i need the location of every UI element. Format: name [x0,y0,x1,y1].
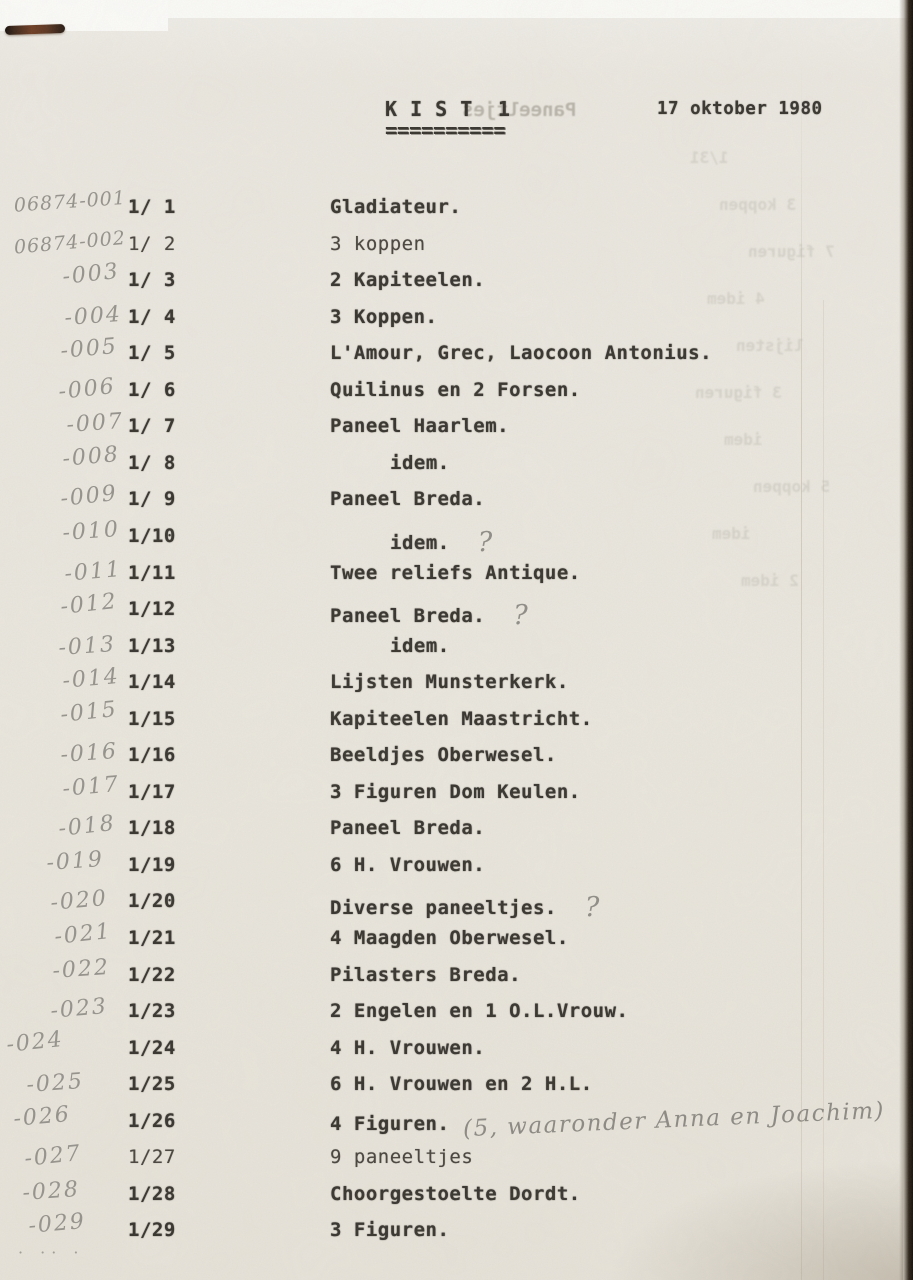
handwritten-question-mark: ? [478,527,492,558]
handwritten-inventory-number: -017 [1,772,121,807]
item-number: 1/22 [128,964,176,986]
list-item: -006 1/ 6 Quilinus en 2 Forsen. [0,379,913,411]
item-number: 1/13 [128,635,176,657]
handwritten-inventory-number: 06874-002 [7,227,126,259]
list-item: -023 1/23 2 Engelen en 1 O.L.Vrouw. [0,1000,913,1032]
item-number: 1/11 [128,562,176,584]
item-number: 1/ 4 [128,306,176,328]
staple [5,24,65,35]
item-description: Gladiateur. [330,196,461,218]
handwritten-inventory-number: -013 [0,632,117,665]
item-description-text: Paneel Breda. [330,488,485,510]
title-underline: ========== [385,118,505,142]
item-description-text: Paneel Breda. [330,605,485,627]
item-number: 1/18 [128,817,176,839]
item-description-text: 4 Maagden Oberwesel. [330,927,569,949]
item-description-text: idem. [390,452,450,474]
list-item: -014 1/14 Lijsten Munsterkerk. [0,671,913,703]
item-number: 1/ 5 [128,342,176,364]
list-item: -017 1/17 3 Figuren Dom Keulen. [0,781,913,813]
item-description-text: L'Amour, Grec, Laocoon Antonius. [330,342,712,364]
pencil-marks: · ·· · [18,1243,85,1262]
item-description: 4 Maagden Oberwesel. [330,927,569,949]
item-description: Quilinus en 2 Forsen. [330,379,581,401]
item-number: 1/ 8 [128,452,176,474]
list-item: 06874-002 1/ 2 3 koppen [0,233,913,265]
item-description-text: 6 H. Vrouwen en 2 H.L. [330,1073,593,1095]
scanned-document-page: Paneeltjes 1/313 koppen7 figuren4 idemli… [0,0,913,1280]
handwritten-inventory-number: -027 [0,1141,83,1178]
list-item: -005 1/ 5 L'Amour, Grec, Laocoon Antoniu… [0,342,913,374]
item-description-text: Pilasters Breda. [330,964,521,986]
handwritten-inventory-number: -029 [0,1209,87,1244]
item-number: 1/ 1 [128,196,176,218]
item-description-text: 3 koppen [330,233,426,255]
item-number: 1/27 [128,1146,176,1168]
item-description-text: Beeldjes Oberwesel. [330,744,557,766]
list-item: -008 1/ 8 idem. [0,452,913,484]
item-description-text: 2 Engelen en 1 O.L.Vrouw. [330,1000,628,1022]
item-description: Pilasters Breda. [330,964,521,986]
item-number: 1/14 [128,671,176,693]
item-number: 1/15 [128,708,176,730]
item-number: 1/10 [128,525,176,547]
crease-line [823,300,824,1280]
item-number: 1/29 [128,1219,176,1241]
item-description: 3 Figuren. [330,1219,449,1241]
item-description-text: Twee reliefs Antique. [330,562,581,584]
item-description: 6 H. Vrouwen en 2 H.L. [330,1073,593,1095]
item-number: 1/ 7 [128,415,176,437]
item-description-text: 3 Figuren Dom Keulen. [330,781,581,803]
list-item: -010 1/10 idem.? [0,525,913,557]
item-description: 2 Engelen en 1 O.L.Vrouw. [330,1000,628,1022]
item-description: Paneel Haarlem. [330,415,509,437]
handwritten-inventory-number: -019 [0,847,105,880]
handwritten-question-mark: ? [513,600,527,631]
list-item: -026 1/26 4 Figuren.(5, waaronder Anna e… [0,1110,913,1142]
item-description: 9 paneeltjes [330,1146,473,1168]
item-description: Lijsten Munsterkerk. [330,671,569,693]
handwritten-inventory-number: -014 [1,664,121,699]
item-number: 1/ 9 [128,488,176,510]
item-number: 1/23 [128,1000,176,1022]
item-description: idem.? [390,525,492,556]
handwritten-inventory-number: -023 [0,994,109,1029]
item-description-text: 4 Figuren. [330,1113,449,1135]
scan-edge [899,0,913,1280]
list-item: -015 1/15 Kapiteelen Maastricht. [0,708,913,740]
item-description: Twee reliefs Antique. [330,562,581,584]
item-description-text: idem. [390,635,450,657]
item-number: 1/ 3 [128,269,176,291]
handwritten-inventory-number: -025 [0,1069,85,1102]
list-item: -003 1/ 3 2 Kapiteelen. [0,269,913,301]
handwritten-inventory-number: -011 [3,557,123,592]
item-description-text: 9 paneeltjes [330,1146,473,1168]
list-item: -011 1/11 Twee reliefs Antique. [0,562,913,594]
item-number: 1/20 [128,890,176,912]
list-item: -022 1/22 Pilasters Breda. [0,964,913,996]
item-description: 2 Kapiteelen. [330,269,485,291]
item-description: Paneel Breda. [330,817,485,839]
item-number: 1/19 [128,854,176,876]
bleed-through-mark: 1/31 [690,148,729,167]
item-description: Kapiteelen Maastricht. [330,708,593,730]
item-description: 3 Figuren Dom Keulen. [330,781,581,803]
item-number: 1/12 [128,598,176,620]
handwritten-inventory-number: -010 [1,517,120,550]
handwritten-question-mark: ? [585,892,599,923]
handwritten-inventory-number: -012 [0,589,119,626]
handwritten-inventory-number: -007 [5,409,124,442]
handwritten-inventory-number: 06874-001 [7,187,126,217]
document-date: 17 oktober 1980 [657,99,823,119]
scan-shadow [583,1150,903,1280]
item-description: 6 H. Vrouwen. [330,854,485,876]
item-number: 1/ 6 [128,379,176,401]
item-description: idem. [390,452,450,474]
handwritten-inventory-number: -028 [0,1177,81,1210]
item-description-text: Diverse paneeltjes. [330,897,557,919]
item-description: 3 koppen [330,233,426,255]
handwritten-inventory-number: -006 [0,374,117,411]
item-description-text: idem. [390,532,450,554]
handwritten-inventory-number: -016 [0,739,119,772]
item-description: Beeldjes Oberwesel. [330,744,557,766]
item-description-text: 6 H. Vrouwen. [330,854,485,876]
handwritten-inventory-number: -021 [0,919,113,956]
list-item: -019 1/19 6 H. Vrouwen. [0,854,913,886]
list-item: -025 1/25 6 H. Vrouwen en 2 H.L. [0,1073,913,1105]
item-description-text: Paneel Haarlem. [330,415,509,437]
item-description-text: Choorgestoelte Dordt. [330,1183,581,1205]
handwritten-inventory-number: -009 [0,481,119,518]
item-number: 1/28 [128,1183,176,1205]
item-description: idem. [390,635,450,657]
handwritten-inventory-number: -008 [1,442,121,477]
item-number: 1/17 [128,781,176,803]
list-item: -018 1/18 Paneel Breda. [0,817,913,849]
list-item: -004 1/ 4 3 Koppen. [0,306,913,338]
item-description: 4 Figuren.(5, waaronder Anna en Joachim) [330,1110,886,1136]
item-description: 3 Koppen. [330,306,437,328]
item-description-text: 3 Figuren. [330,1219,449,1241]
item-number: 1/ 2 [128,233,176,255]
list-item: -009 1/ 9 Paneel Breda. [0,488,913,520]
item-number: 1/21 [128,927,176,949]
list-item: -013 1/13 idem. [0,635,913,667]
item-number: 1/16 [128,744,176,766]
list-item: -021 1/21 4 Maagden Oberwesel. [0,927,913,959]
item-description-text: Kapiteelen Maastricht. [330,708,593,730]
handwritten-inventory-number: -022 [0,955,111,988]
item-description: Paneel Breda.? [330,598,528,629]
item-description-text: 4 H. Vrouwen. [330,1037,485,1059]
item-description-text: 2 Kapiteelen. [330,269,485,291]
item-description: L'Amour, Grec, Laocoon Antonius. [330,342,712,364]
item-description-text: Lijsten Munsterkerk. [330,671,569,693]
item-description-text: Gladiateur. [330,196,461,218]
item-description-text: 3 Koppen. [330,306,437,328]
item-number: 1/26 [128,1110,176,1132]
handwritten-inventory-number: -004 [3,302,122,335]
handwritten-inventory-number: -026 [0,1102,72,1137]
handwritten-inventory-number: -005 [0,334,119,369]
list-item: -020 1/20 Diverse paneeltjes.? [0,890,913,922]
list-item: 06874-001 1/ 1 Gladiateur. [0,196,913,228]
item-description: Paneel Breda. [330,488,485,510]
list-item: -024 1/24 4 H. Vrouwen. [0,1037,913,1069]
list-item: -007 1/ 7 Paneel Haarlem. [0,415,913,447]
crease-line [801,60,802,1280]
handwritten-inventory-number: -018 [0,811,117,848]
list-item: -012 1/12 Paneel Breda.? [0,598,913,630]
list-item: -016 1/16 Beeldjes Oberwesel. [0,744,913,776]
handwritten-inventory-number: -024 [0,1027,65,1064]
handwritten-inventory-number: -020 [0,886,109,921]
item-number: 1/24 [128,1037,176,1059]
item-description: Diverse paneeltjes.? [330,890,599,921]
item-description-text: Quilinus en 2 Forsen. [330,379,581,401]
item-description-text: Paneel Breda. [330,817,485,839]
item-description: 4 H. Vrouwen. [330,1037,485,1059]
item-number: 1/25 [128,1073,176,1095]
item-description: Choorgestoelte Dordt. [330,1183,581,1205]
